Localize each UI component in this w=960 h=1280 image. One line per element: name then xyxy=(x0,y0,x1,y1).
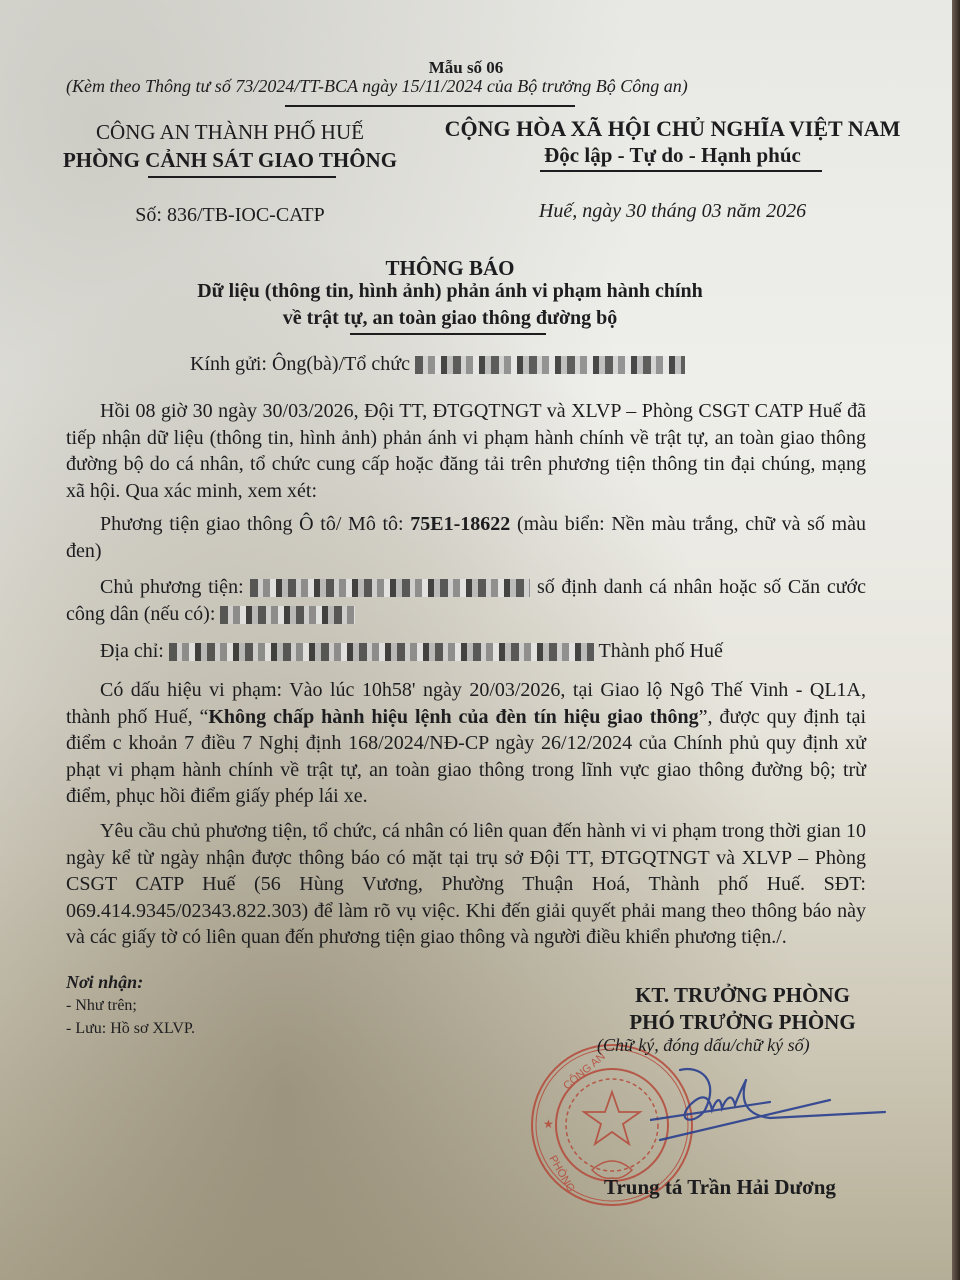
department-underline xyxy=(148,176,336,178)
intro-paragraph: Hồi 08 giờ 30 ngày 30/03/2026, Đội TT, Đ… xyxy=(66,398,866,504)
signer-name: Trung tá Trần Hải Dương xyxy=(604,1175,836,1200)
owner-paragraph: Chủ phương tiện: số định danh cá nhân ho… xyxy=(66,574,866,627)
document-subtitle-1: Dữ liệu (thông tin, hình ảnh) phản ánh v… xyxy=(0,280,900,303)
department-name: PHÒNG CẢNH SÁT GIAO THÔNG xyxy=(50,148,410,173)
recipient-line: Kính gửi: Ông(bà)/Tổ chức xyxy=(190,353,685,376)
address-paragraph: Địa chỉ: Thành phố Huế xyxy=(66,638,866,665)
place-date: Huế, ngày 30 tháng 03 năm 2026 xyxy=(430,200,915,223)
redacted-owner-name xyxy=(250,579,530,597)
signature-note: (Chữ ký, đóng dấu/chữ ký số) xyxy=(597,1035,810,1056)
recipients-item: - Như trên; xyxy=(66,997,137,1015)
national-motto: Độc lập - Tự do - Hạnh phúc xyxy=(430,143,915,168)
signature-title-1: KT. TRƯỞNG PHÒNG xyxy=(570,983,915,1008)
document-subtitle-2: về trật tự, an toàn giao thông đường bộ xyxy=(0,307,900,330)
signature-title-2: PHÓ TRƯỞNG PHÒNG xyxy=(570,1010,915,1035)
form-number: Mẫu số 06 xyxy=(0,58,942,78)
signature-icon xyxy=(650,1060,900,1160)
recipients-title: Nơi nhận: xyxy=(66,972,143,993)
redacted-recipient xyxy=(415,356,685,374)
attachment-note: (Kèm theo Thông tư số 73/2024/TT-BCA ngà… xyxy=(66,76,688,97)
title-underline xyxy=(350,333,546,335)
agency-name: CÔNG AN THÀNH PHỐ HUẾ xyxy=(50,120,410,145)
violation-paragraph: Có dấu hiệu vi phạm: Vào lúc 10h58' ngày… xyxy=(66,677,866,810)
violation-description: Không chấp hành hiệu lệnh của đèn tín hi… xyxy=(208,706,698,728)
redacted-owner-id xyxy=(220,606,355,624)
svg-text:★: ★ xyxy=(543,1117,554,1131)
license-plate: 75E1-18622 xyxy=(410,513,510,535)
request-paragraph: Yêu cầu chủ phương tiện, tổ chức, cá nhâ… xyxy=(66,818,866,951)
motto-underline xyxy=(540,170,822,172)
divider-rule xyxy=(285,105,575,107)
recipient-label: Kính gửi: Ông(bà)/Tổ chức xyxy=(190,353,410,375)
page-edge-shadow xyxy=(952,0,960,1280)
vehicle-label: Phương tiện giao thông Ô tô/ Mô tô: xyxy=(100,513,410,535)
document-title: THÔNG BÁO xyxy=(0,256,900,281)
vehicle-paragraph: Phương tiện giao thông Ô tô/ Mô tô: 75E1… xyxy=(66,511,866,564)
nation-title: CỘNG HÒA XÃ HỘI CHỦ NGHĨA VIỆT NAM xyxy=(430,116,915,142)
redacted-address xyxy=(169,643,594,661)
recipients-item: - Lưu: Hồ sơ XLVP. xyxy=(66,1020,195,1038)
document-number: Số: 836/TB-IOC-CATP xyxy=(50,204,410,227)
